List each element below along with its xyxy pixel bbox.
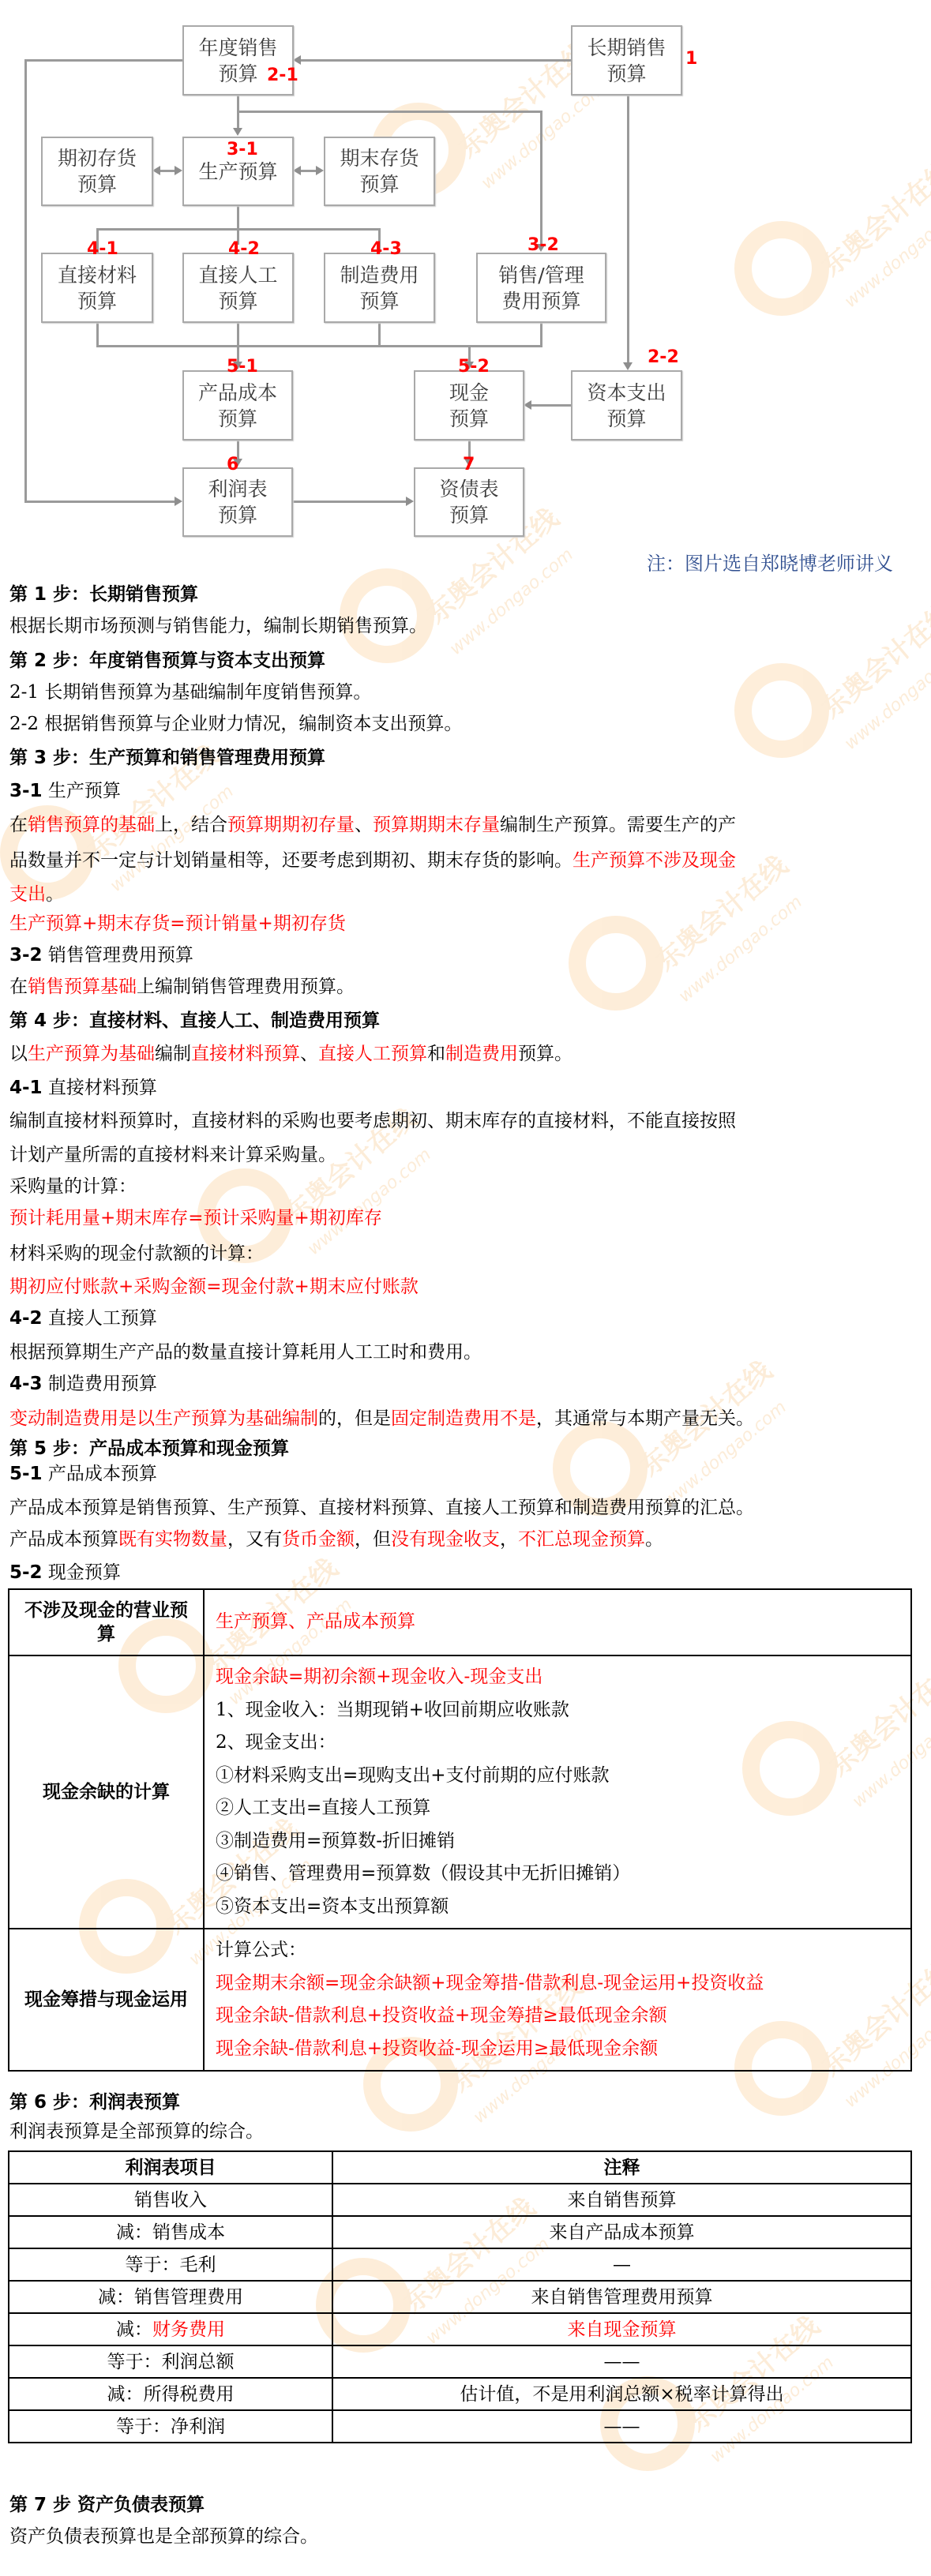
arrow-icon	[233, 128, 242, 136]
column-header-item: 利润表项目	[9, 2151, 332, 2184]
step-number-4-2: 4-2	[228, 239, 260, 259]
connector	[96, 322, 99, 347]
text: ，又有	[227, 1529, 282, 1550]
highlight-text: 生产预算为基础	[28, 1044, 155, 1064]
step-1-heading: 第 1 步：长期销售预算	[9, 583, 198, 606]
text: 编制生产预算。需要生产的产	[500, 815, 736, 835]
table-row: 现金余缺的计算 现金余缺=期初余额+现金收入-现金支出 1、现金收入：当期现销+…	[9, 1655, 911, 1929]
item-cell: 减：销售管理费用	[9, 2281, 332, 2313]
step-number-2-2: 2-2	[648, 347, 679, 367]
content-line: 现金期末余额=现金余缺额+现金筹措-借款利息-现金运用+投资收益	[216, 1967, 899, 2000]
text: 的，但是	[318, 1408, 391, 1429]
item-cell: 减：所得税费用	[9, 2378, 332, 2410]
sub-number: 3-2	[9, 945, 43, 966]
sub-title: 制造费用预算	[43, 1374, 157, 1394]
step-number-1: 1	[685, 49, 697, 69]
highlight-text: 销售预算的基础	[28, 815, 155, 835]
note-cell: 估计值，不是用利润总额×税率计算得出	[332, 2378, 911, 2410]
row-label: 不涉及现金的营业预算	[9, 1589, 204, 1655]
text: 、	[355, 815, 373, 835]
sub-number: 5-2	[9, 1562, 43, 1583]
step-2-1-text: 2-1 长期销售预算为基础编制年度销售预算。	[9, 681, 371, 704]
step-number-2-1: 2-1	[267, 66, 298, 85]
box-label: 预算	[340, 171, 419, 197]
item-cell: 等于：毛利	[9, 2248, 332, 2281]
highlight-text: 销售预算基础	[28, 977, 137, 997]
step-6-body: 利润表预算是全部预算的综合。	[9, 2120, 264, 2143]
box-label: 期初存货	[58, 145, 137, 171]
sub-number: 3-1	[9, 781, 43, 801]
item-name: 所得税费用	[144, 2384, 235, 2405]
sub-title: 生产预算	[43, 781, 121, 801]
box-label: 利润表	[208, 476, 267, 502]
connector	[24, 501, 175, 503]
sub-heading-3-1: 3-1 生产预算	[9, 779, 121, 803]
production-paragraph-line-2: 品数量并不一定与计划销量相等，还要考虑到期初、期末存货的影响。生产预算不涉及现金	[9, 849, 736, 872]
text: 在	[9, 977, 28, 997]
highlight-text: 支出	[9, 884, 46, 905]
step-3-heading: 第 3 步：生产预算和销售管理费用预算	[9, 746, 325, 770]
sub-heading-4-3: 4-3 制造费用预算	[9, 1372, 157, 1396]
production-paragraph-line-1: 在销售预算的基础上，结合预算期期初存量、预算期期末存量编制生产预算。需要生产的产	[9, 813, 736, 837]
sub-title: 直接人工预算	[43, 1308, 157, 1329]
step-number-4-1: 4-1	[87, 239, 118, 259]
step-number-3-2: 3-2	[527, 235, 559, 255]
content-line: 现金余缺-借款利息+投资收益+现金筹措≥最低现金余额	[216, 2000, 899, 2033]
cash-payment-label: 材料采购的现金付款额的计算：	[9, 1242, 264, 1266]
content-line: 现金余缺=期初余额+现金收入-现金支出	[216, 1661, 899, 1694]
arrow-icon	[524, 400, 531, 410]
content-line: ①材料采购支出=现购支出+支付前期的应付账款	[216, 1760, 899, 1793]
step-6-heading: 第 6 步：利润表预算	[9, 2090, 180, 2114]
box-label: 预算	[587, 406, 666, 432]
step-4-heading: 第 4 步：直接材料、直接人工、制造费用预算	[9, 1009, 380, 1033]
item-name: 财务费用	[152, 2319, 225, 2340]
sales-admin-paragraph: 在销售预算基础上编制销售管理费用预算。	[9, 975, 355, 999]
sub-number: 4-1	[9, 1078, 43, 1098]
note-cell: ——	[332, 2410, 911, 2443]
row-content: 计算公式： 现金期末余额=现金余缺额+现金筹措-借款利息-现金运用+投资收益 现…	[204, 1929, 911, 2071]
sub-number: 4-2	[9, 1308, 43, 1329]
cash-payment-formula: 期初应付账款+采购金额=现金付款+期末应付账款	[9, 1275, 419, 1299]
box-label: 预算	[58, 288, 137, 314]
production-paragraph-line-3: 支出。	[9, 883, 64, 906]
row-content: 生产预算、产品成本预算	[204, 1589, 911, 1655]
sub-number: 5-1	[9, 1464, 43, 1484]
connector	[378, 322, 381, 347]
sub-title: 现金预算	[43, 1562, 121, 1583]
sub-heading-5-2: 5-2 现金预算	[9, 1561, 121, 1584]
box-label: 资债表	[439, 476, 498, 502]
box-label: 预算	[449, 406, 489, 432]
box-label: 年度销售	[198, 35, 277, 61]
box-label: 产品成本	[198, 380, 277, 406]
table-row: 不涉及现金的营业预算 生产预算、产品成本预算	[9, 1589, 911, 1655]
highlight-text: 预算期期初存量	[227, 815, 355, 835]
item-name: 毛利	[180, 2255, 216, 2275]
text: 上编制销售管理费用预算。	[137, 977, 355, 997]
arrow-icon	[152, 166, 160, 175]
box-label: 预算	[439, 502, 498, 528]
item-name: 销售管理费用	[134, 2287, 243, 2308]
text: 、	[300, 1044, 318, 1064]
item-cell: 等于：净利润	[9, 2410, 332, 2443]
arrow-icon	[175, 497, 182, 506]
arrow-icon	[293, 166, 301, 175]
arrow-icon	[623, 362, 633, 370]
box-label: 现金	[449, 380, 489, 406]
item-name: 销售收入	[134, 2190, 207, 2210]
box-label: 预算	[208, 502, 267, 528]
image-source-note: 注：图片选自郑晓博老师讲义	[647, 548, 893, 576]
budget-flow-diagram: 年度销售预算 长期销售预算 期初存货预算 生产预算 期末存货预算 直接材料预算 …	[0, 0, 711, 545]
table-row: 减：销售管理费用 来自销售管理费用预算	[9, 2281, 911, 2313]
text: 和	[427, 1044, 445, 1064]
sub-title: 直接材料预算	[43, 1078, 157, 1098]
table-row: 减：销售成本 来自产品成本预算	[9, 2216, 911, 2248]
text: ，但	[355, 1529, 391, 1550]
sub-title: 产品成本预算	[43, 1464, 157, 1484]
highlight-text: 直接人工预算	[318, 1044, 427, 1064]
item-cell: 减：财务费用	[9, 2313, 332, 2345]
content-line: 2、现金支出：	[216, 1727, 899, 1760]
box-capital-expenditure-budget: 资本支出预算	[571, 370, 682, 441]
box-ending-inventory-budget: 期末存货预算	[324, 137, 435, 206]
note-cell: 来自产品成本预算	[332, 2216, 911, 2248]
text: 预算。	[518, 1044, 572, 1064]
step-4-intro: 以生产预算为基础编制直接材料预算、直接人工预算和制造费用预算。	[9, 1042, 572, 1066]
box-manufacturing-overhead-budget: 制造费用预算	[324, 253, 435, 323]
connector	[531, 404, 571, 407]
watermark-logo: 东奥会计在线www.dongao.com	[734, 663, 829, 758]
sub-heading-4-2: 4-2 直接人工预算	[9, 1307, 157, 1330]
box-label: 预算	[198, 288, 277, 314]
highlight-text: 既有实物数量	[118, 1529, 227, 1550]
step-2-heading: 第 2 步：年度销售预算与资本支出预算	[9, 649, 325, 673]
box-label: 预算	[198, 61, 277, 87]
step-number-3-1: 3-1	[227, 140, 258, 159]
arrow-icon	[293, 55, 301, 65]
column-header-note: 注释	[332, 2151, 911, 2184]
item-prefix: 减：	[98, 2287, 134, 2308]
text: 以	[9, 1044, 28, 1064]
income-statement-table: 利润表项目 注释 销售收入 来自销售预算 减：销售成本 来自产品成本预算 等于：…	[8, 2150, 912, 2443]
content-line: 现金余缺-借款利息+投资收益-现金运用≥最低现金余额	[216, 2033, 899, 2066]
step-number-4-3: 4-3	[370, 239, 402, 259]
text: ，	[500, 1529, 518, 1550]
content-line: ②人工支出=直接人工预算	[216, 1792, 899, 1825]
text: 在	[9, 815, 28, 835]
box-balance-sheet-budget: 资债表预算	[414, 467, 524, 537]
row-label: 现金筹措与现金运用	[9, 1929, 204, 2071]
note-cell: —	[332, 2248, 911, 2281]
box-label: 长期销售	[587, 35, 666, 61]
sub-heading-3-2: 3-2 销售管理费用预算	[9, 943, 193, 967]
content-line: 生产预算、产品成本预算	[216, 1606, 899, 1639]
item-name: 利润总额	[162, 2352, 235, 2372]
arrow-icon	[406, 497, 414, 506]
product-cost-paragraph-2: 产品成本预算既有实物数量，又有货币金额，但没有现金收支，不汇总现金预算。	[9, 1528, 663, 1551]
content-line: 1、现金收入：当期现销+收回前期应收账款	[216, 1694, 899, 1727]
highlight-text: 货币金额	[282, 1529, 355, 1550]
sub-title: 销售管理费用预算	[43, 945, 193, 966]
step-5-heading: 第 5 步：产品成本预算和现金预算	[9, 1437, 289, 1460]
highlight-text: 变动制造费用是以生产预算为基础编制	[9, 1408, 318, 1429]
box-label: 预算	[198, 406, 277, 432]
box-label: 费用预算	[498, 288, 584, 314]
table-row: 等于：毛利 —	[9, 2248, 911, 2281]
item-prefix: 减：	[116, 2319, 152, 2340]
step-2-2-text: 2-2 根据销售预算与企业财力情况，编制资本支出预算。	[9, 712, 462, 736]
box-label: 直接人工	[198, 262, 277, 288]
note-cell: ——	[332, 2345, 911, 2378]
content-line: 计算公式：	[216, 1934, 899, 1967]
product-cost-paragraph-1: 产品成本预算是销售预算、生产预算、直接材料预算、直接人工预算和制造费用预算的汇总…	[9, 1496, 754, 1520]
table-row: 现金筹措与现金运用 计算公式： 现金期末余额=现金余缺额+现金筹措-借款利息-现…	[9, 1929, 911, 2071]
connector	[96, 345, 542, 347]
step-7-body: 资产负债表预算也是全部预算的综合。	[9, 2525, 318, 2548]
arrow-icon	[175, 166, 182, 175]
text: 产品成本预算	[9, 1529, 118, 1550]
connector	[237, 111, 542, 113]
item-prefix: 等于：	[126, 2255, 180, 2275]
watermark-logo: 东奥会计在线www.dongao.com	[569, 916, 663, 1011]
connector	[540, 322, 542, 347]
watermark-logo: 东奥会计在线www.dongao.com	[734, 221, 829, 316]
highlight-text: 制造费用	[445, 1044, 518, 1064]
step-number-6: 6	[227, 455, 238, 474]
text: 上，结合	[155, 815, 227, 835]
step-7-heading: 第 7 步 资产负债表预算	[9, 2493, 205, 2517]
materials-paragraph-line-1: 编制直接材料预算时，直接材料的采购也要考虑期初、期末库存的直接材料，不能直接按照	[9, 1109, 736, 1133]
step-number-5-2: 5-2	[458, 357, 490, 377]
text: 。	[645, 1529, 663, 1550]
item-name: 净利润	[171, 2417, 225, 2437]
production-formula: 生产预算+期末存货=预计销量+期初存货	[9, 912, 346, 936]
item-cell: 等于：利润总额	[9, 2345, 332, 2378]
box-sales-admin-expense-budget: 销售/管理费用预算	[476, 253, 606, 323]
box-long-term-sales-budget: 长期销售预算	[571, 25, 682, 96]
text: ，其通常与本期产量无关。	[536, 1408, 754, 1429]
connector	[24, 59, 27, 502]
sub-heading-4-1: 4-1 直接材料预算	[9, 1076, 157, 1100]
table-row: 等于：利润总额 ——	[9, 2345, 911, 2378]
step-1-body: 根据长期市场预测与销售能力，编制长期销售预算。	[9, 614, 427, 638]
box-income-statement-budget: 利润表预算	[182, 467, 293, 537]
text: 品数量并不一定与计划销量相等，还要考虑到期初、期末存货的影响。	[9, 850, 572, 871]
box-direct-labor-budget: 直接人工预算	[182, 253, 294, 323]
content-line: ④销售、管理费用=预算数（假设其中无折旧摊销）	[216, 1858, 899, 1891]
connector	[627, 95, 629, 363]
box-label: 预算	[587, 61, 666, 87]
purchase-quantity-formula: 预计耗用量+期末库存=预计采购量+期初库存	[9, 1206, 382, 1230]
connector	[96, 228, 381, 231]
connector	[160, 170, 175, 172]
box-direct-materials-budget: 直接材料预算	[41, 253, 153, 323]
table-row: 销售收入 来自销售预算	[9, 2184, 911, 2216]
highlight-text: 预算期期末存量	[373, 815, 500, 835]
table-row: 减：财务费用 来自现金预算	[9, 2313, 911, 2345]
box-label: 生产预算	[198, 159, 277, 185]
box-label: 预算	[340, 288, 419, 314]
arrow-icon	[316, 166, 324, 175]
item-cell: 减：销售成本	[9, 2216, 332, 2248]
box-beginning-inventory-budget: 期初存货预算	[41, 137, 153, 206]
text: 。	[46, 884, 64, 905]
sub-heading-5-1: 5-1 产品成本预算	[9, 1462, 157, 1486]
connector	[300, 59, 571, 62]
box-label: 期末存货	[340, 145, 419, 171]
highlight-text: 不汇总现金预算	[518, 1529, 645, 1550]
highlight-text: 直接材料预算	[191, 1044, 300, 1064]
table-header-row: 利润表项目 注释	[9, 2151, 911, 2184]
note-cell: 来自现金预算	[332, 2313, 911, 2345]
highlight-text: 生产预算不涉及现金	[572, 850, 736, 871]
highlight-text: 没有现金收支	[391, 1529, 500, 1550]
connector	[293, 501, 406, 503]
purchase-quantity-label: 采购量的计算：	[9, 1175, 137, 1198]
table-row: 减：所得税费用 估计值，不是用利润总额×税率计算得出	[9, 2378, 911, 2410]
box-label: 销售/管理	[498, 262, 584, 288]
note-cell: 来自销售预算	[332, 2184, 911, 2216]
cash-budget-table: 不涉及现金的营业预算 生产预算、产品成本预算 现金余缺的计算 现金余缺=期初余额…	[8, 1588, 912, 2072]
item-prefix: 等于：	[116, 2417, 171, 2437]
row-label: 现金余缺的计算	[9, 1655, 204, 1929]
box-label: 预算	[58, 171, 137, 197]
overhead-paragraph: 变动制造费用是以生产预算为基础编制的，但是固定制造费用不是，其通常与本期产量无关…	[9, 1407, 754, 1430]
sub-number: 4-3	[9, 1374, 43, 1394]
item-prefix: 等于：	[107, 2352, 162, 2372]
content-line: ③制造费用=预算数-折旧摊销	[216, 1825, 899, 1858]
connector	[301, 170, 316, 172]
row-content: 现金余缺=期初余额+现金收入-现金支出 1、现金收入：当期现销+收回前期应收账款…	[204, 1655, 911, 1929]
item-prefix: 减：	[116, 2222, 152, 2243]
content-line: ⑤资本支出=资本支出预算额	[216, 1891, 899, 1924]
materials-paragraph-line-2: 计划产量所需的直接材料来计算采购量。	[9, 1143, 336, 1167]
box-label: 直接材料	[58, 262, 137, 288]
box-cash-budget: 现金预算	[414, 370, 524, 441]
box-product-cost-budget: 产品成本预算	[182, 370, 293, 441]
table-row: 等于：净利润 ——	[9, 2410, 911, 2443]
text: 编制	[155, 1044, 191, 1064]
labor-paragraph: 根据预算期生产产品的数量直接计算耗用人工工时和费用。	[9, 1340, 482, 1364]
step-number-7: 7	[463, 455, 475, 474]
connector	[540, 111, 542, 245]
box-label: 制造费用	[340, 262, 419, 288]
item-cell: 销售收入	[9, 2184, 332, 2216]
step-number-5-1: 5-1	[227, 357, 258, 377]
note-cell: 来自销售管理费用预算	[332, 2281, 911, 2313]
item-name: 销售成本	[152, 2222, 225, 2243]
highlight-text: 固定制造费用不是	[391, 1408, 536, 1429]
box-label: 资本支出	[587, 380, 666, 406]
item-prefix: 减：	[107, 2384, 144, 2405]
connector	[24, 59, 182, 62]
